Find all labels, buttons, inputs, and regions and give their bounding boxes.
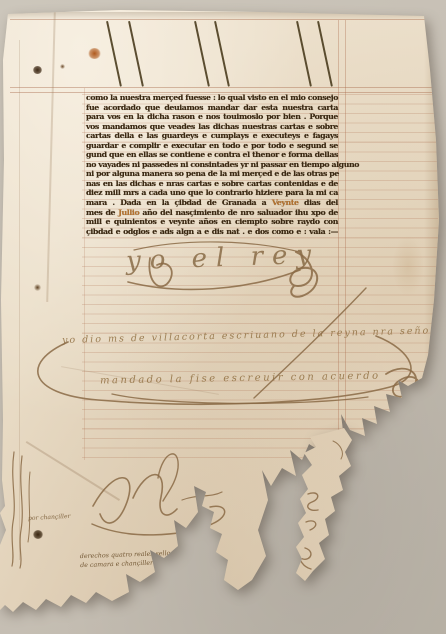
fragment-shadow xyxy=(0,0,446,634)
torn-fragment xyxy=(0,0,446,634)
fragment-ink-traces xyxy=(0,0,446,634)
manuscript-photograph: como la nuestra merçed fuesse : lo qual … xyxy=(0,0,446,634)
